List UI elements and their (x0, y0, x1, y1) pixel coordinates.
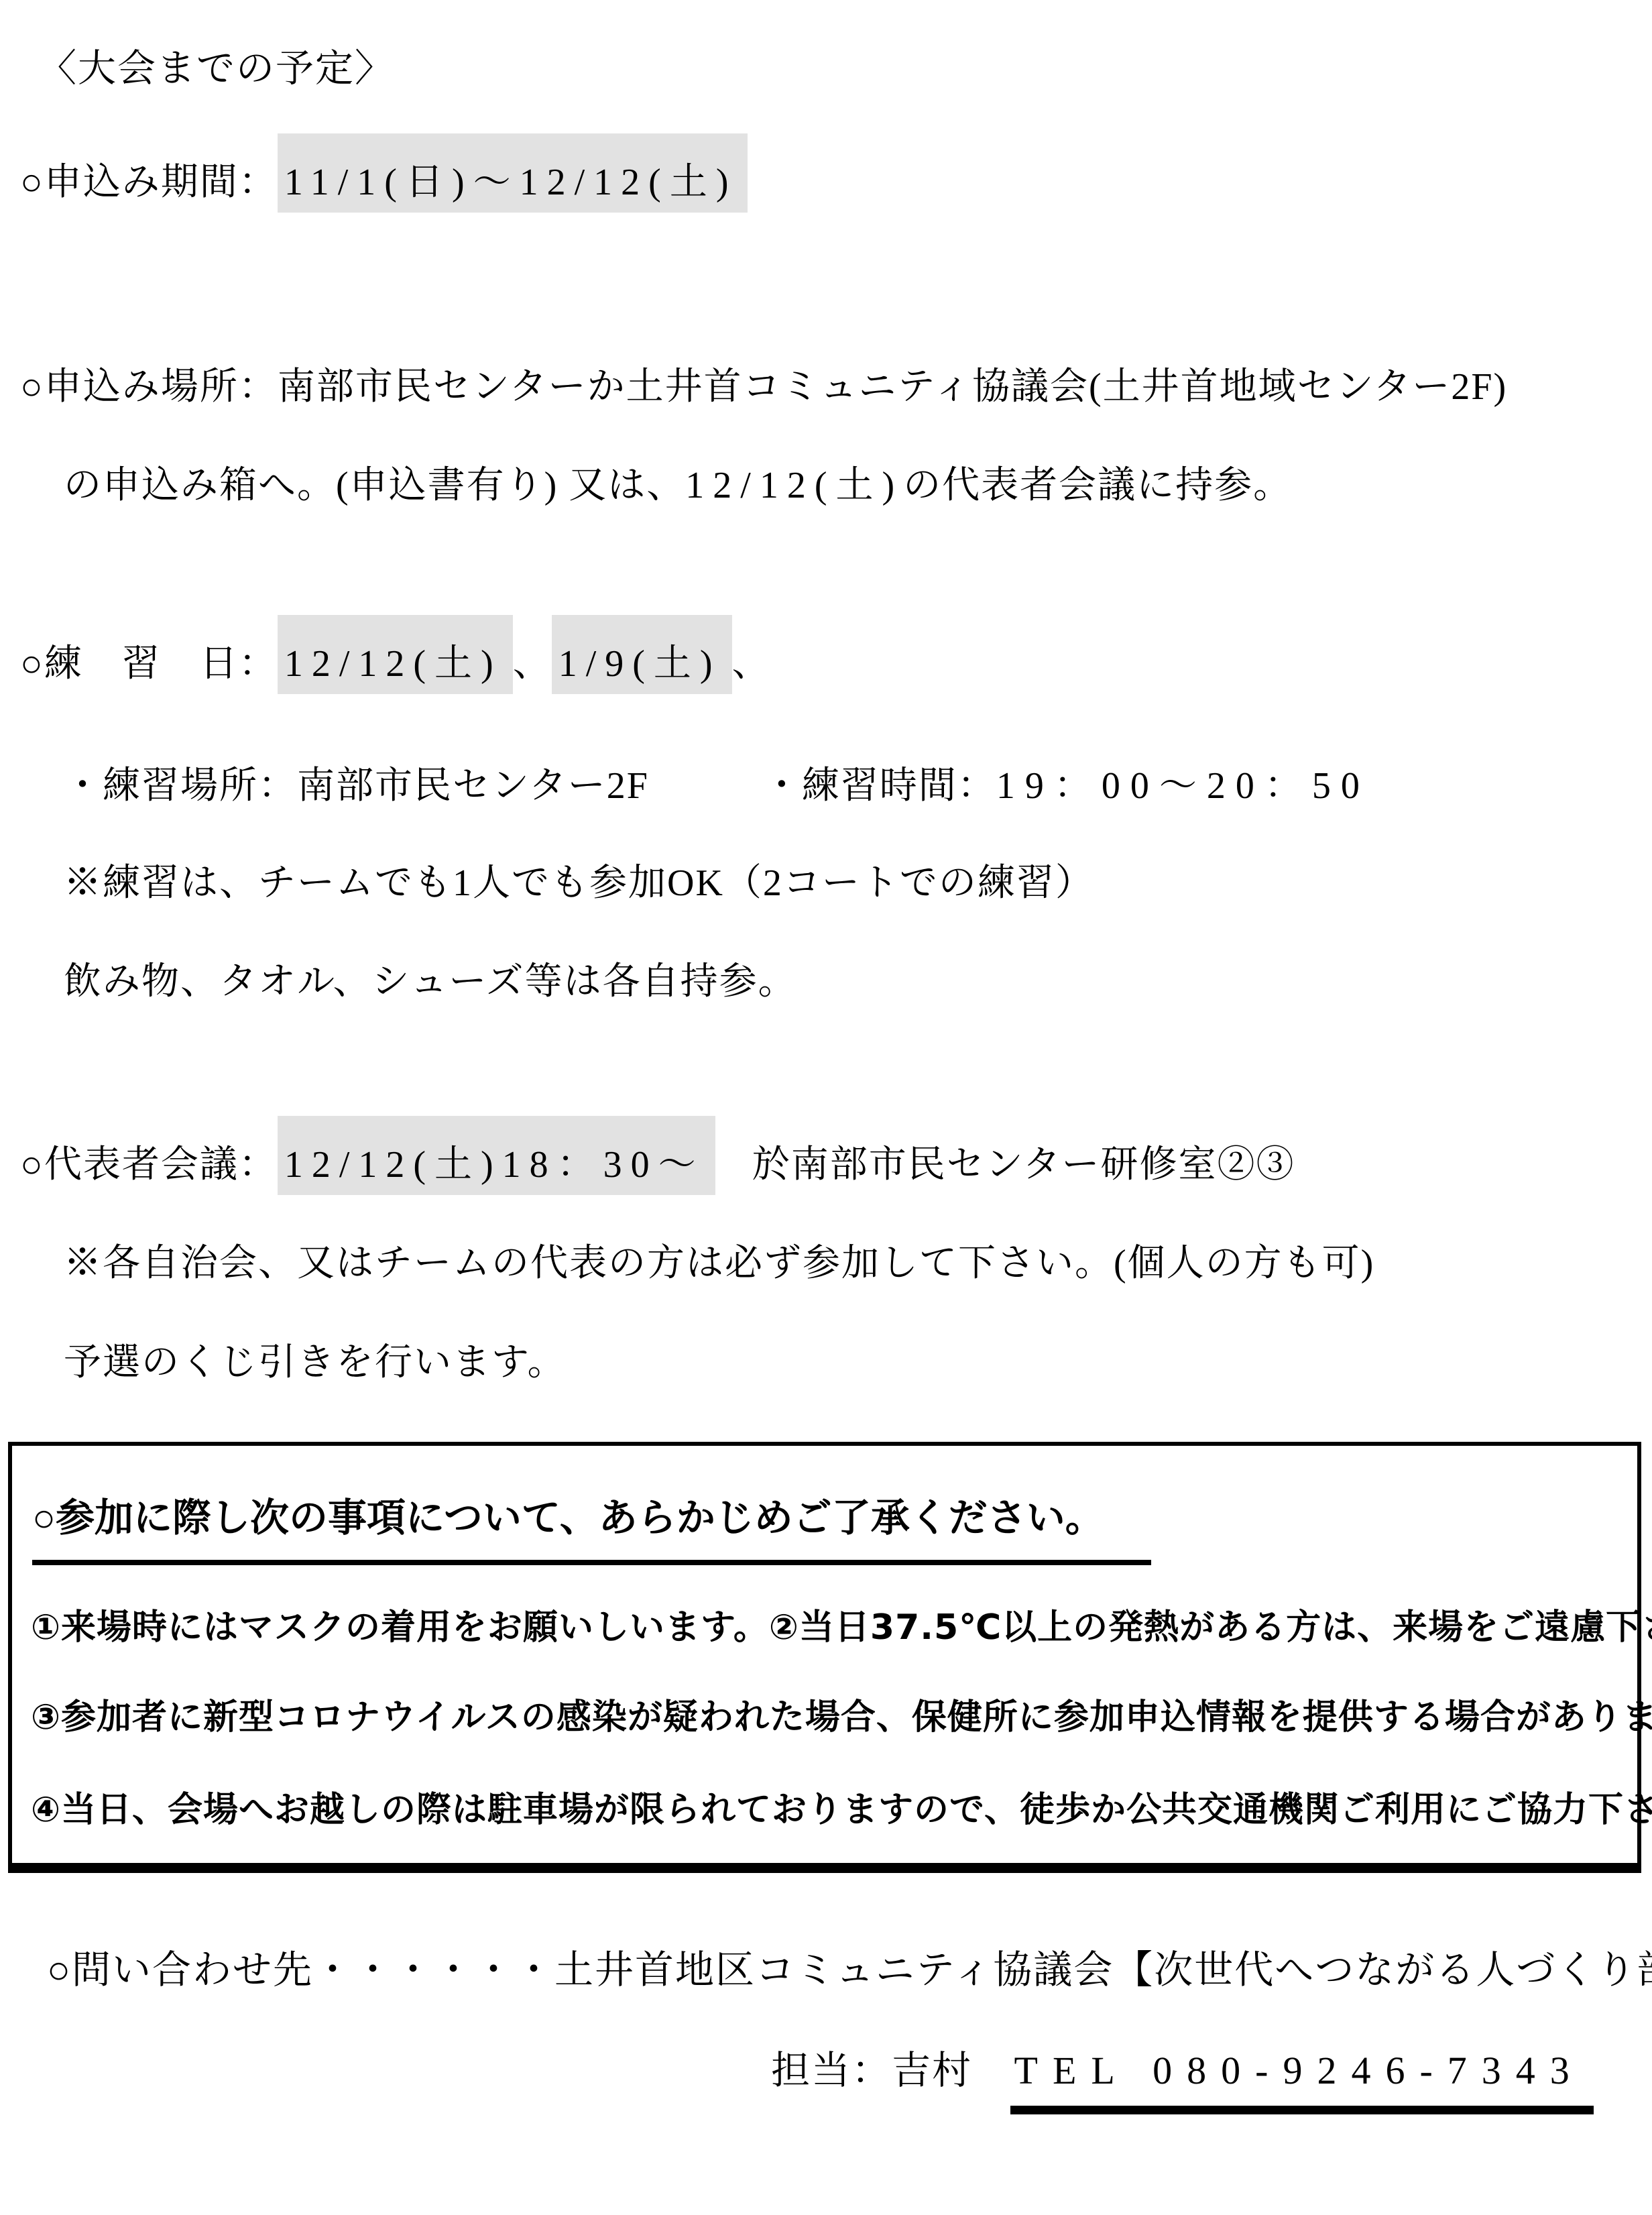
application-place-line2-suffix: の代表者会議に持参。 (903, 465, 1292, 506)
application-place-line2-prefix: の申込み箱へ。(申込書有り) 又は、 (64, 465, 685, 506)
meeting-datetime-highlight: 12/12(土)18：30～ (278, 1116, 715, 1195)
practice-note1: ※練習は、チームでも1人でも参加OK（2コートでの練習） (64, 862, 1094, 905)
practice-time-value: 19：00～20：50 (996, 765, 1370, 807)
practice-comma1: 、 (513, 643, 552, 685)
page-title: 〈大会までの予定〉 (38, 47, 394, 91)
practice-date1-highlight: 12/12(土) (278, 615, 513, 694)
contact-person: 担当：吉村 (771, 2049, 972, 2092)
practice-comma2: 、 (732, 643, 771, 685)
application-place-line2-date: 12/12(土) (685, 465, 903, 506)
contact-inquiry-line: ○問い合わせ先・・・・・・土井首地区コミュニティ協議会【次世代へつながる人づくり… (47, 1948, 1652, 1993)
practice-day-line: ○練 習 日：12/12(土)、1/9(土)、 (20, 642, 771, 685)
practice-place-time-line: ・練習場所：南部市民センター2F・練習時間：19：00～20：50 (64, 764, 1370, 807)
meeting-note1: ※各自治会、又はチームの代表の方は必ず参加して下さい。(個人の方も可) (64, 1242, 1374, 1285)
application-place-line2: の申込み箱へ。(申込書有り) 又は、12/12(土)の代表者会議に持参。 (64, 464, 1292, 507)
application-period-label: ○申込み期間： (20, 162, 278, 203)
meeting-label: ○代表者会議： (20, 1144, 278, 1186)
practice-date2-highlight: 1/9(土) (552, 615, 732, 694)
practice-place: ・練習場所：南部市民センター2F (64, 765, 649, 807)
application-place-line1: ○申込み場所：南部市民センターか土井首コミュニティ協議会(土井首地域センター2F… (20, 365, 1507, 408)
meeting-line: ○代表者会議：12/12(土)18：30～於南部市民センター研修室②③ (20, 1143, 1295, 1186)
contact-tel: TEL 080-9246-7343 (1010, 2049, 1594, 2114)
application-period-value-highlight: 11/1(日)～12/12(土) (278, 133, 748, 213)
notice-box: ○参加に際し次の事項について、あらかじめご了承ください。 ①来場時にはマスクの着… (8, 1442, 1641, 1873)
practice-time-label: ・練習時間： (763, 765, 996, 807)
practice-note2: 飲み物、タオル、シューズ等は各自持参。 (64, 960, 797, 1003)
flyer-page: 〈大会までの予定〉 ○申込み期間：11/1(日)～12/12(土) ○申込み場所… (0, 0, 1652, 2215)
notice-box-heading: ○参加に際し次の事項について、あらかじめご了承ください。 (32, 1486, 1151, 1565)
notice-item-4: ④当日、会場へお越しの際は駐車場が限られておりますので、徒歩か公共交通機関ご利用… (31, 1781, 1652, 1831)
notice-item-1-2: ①来場時にはマスクの着用をお願いしいます。②当日37.5℃以上の発熱がある方は、… (31, 1599, 1652, 1649)
notice-box-heading-text: ○参加に際し次の事項について、あらかじめご了承ください。 (32, 1486, 1151, 1565)
meeting-place: 於南部市民センター研修室②③ (752, 1144, 1295, 1186)
contact-person-line: 担当：吉村 TEL 080-9246-7343 (771, 2049, 1594, 2094)
application-period-line: ○申込み期間：11/1(日)～12/12(土) (20, 161, 748, 204)
notice-item-3: ③参加者に新型コロナウイルスの感染が疑われた場合、保健所に参加申込情報を提供する… (31, 1689, 1652, 1739)
practice-day-label: ○練 習 日： (20, 643, 278, 685)
meeting-note2: 予選のくじ引きを行います。 (64, 1341, 567, 1384)
